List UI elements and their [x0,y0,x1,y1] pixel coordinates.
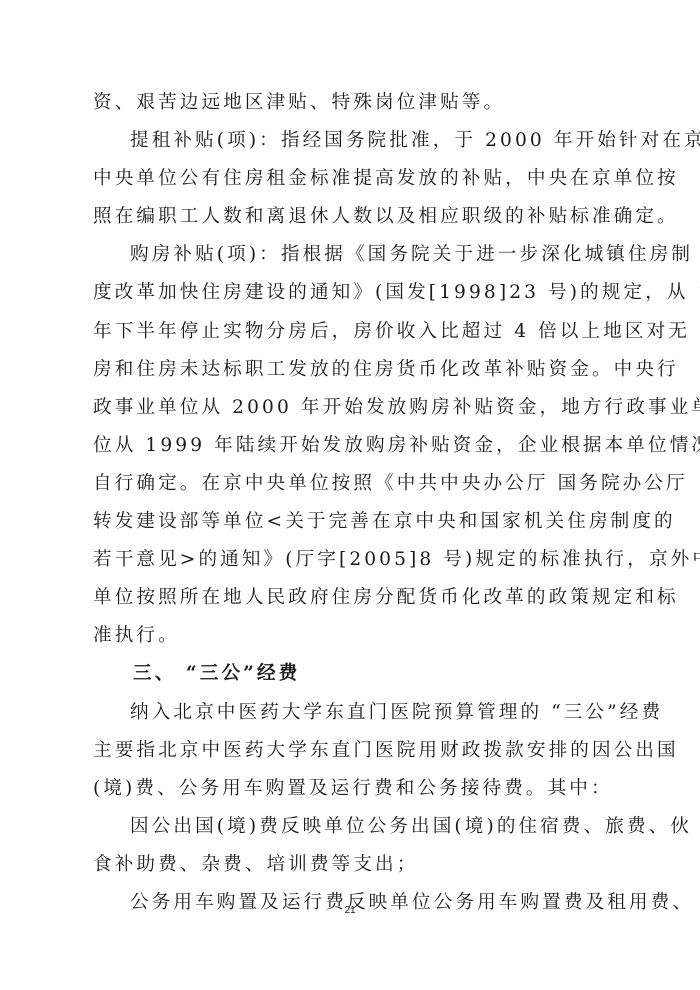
text-line: 资、艰苦边远地区津贴、特殊岗位津贴等。 [93,84,613,122]
text-line: 中央单位公有住房租金标准提高发放的补贴，中央在京单位按 [93,160,613,198]
text-line: 房和住房未达标职工发放的住房货币化改革补贴资金。中央行 [93,351,613,389]
text-line: 自行确定。在京中央单位按照《中共中央办公厅 国务院办公厅 [93,465,613,503]
body-text: 资、艰苦边远地区津贴、特殊岗位津贴等。 提租补贴(项)：指经国务院批准，于 20… [93,84,613,922]
text-line: 度改革加快住房建设的通知》(国发[1998]23 号)的规定，从 1998 [93,274,613,312]
text-line: 政事业单位从 2000 年开始发放购房补贴资金，地方行政事业单 [93,389,613,427]
page-number: 21 [0,905,700,916]
section-heading-three-public-expenses: 三、 “三公”经费 [93,655,613,693]
text-line: 转发建设部等单位<关于完善在京中央和国家机关住房制度的 [93,503,613,541]
text-line: (境)费、公务用车购置及运行费和公务接待费。其中： [93,770,613,808]
text-line: 食补助费、杂费、培训费等支出； [93,846,613,884]
text-line: 单位按照所在地人民政府住房分配货币化改革的政策规定和标 [93,579,613,617]
text-line: 准执行。 [93,617,613,655]
paragraph-start-three-public: 纳入北京中医药大学东直门医院预算管理的 “三公”经费 [93,694,613,732]
text-line: 若干意见>的通知》(厅字[2005]8 号)规定的标准执行，京外中央 [93,541,613,579]
text-line: 位从 1999 年陆续开始发放购房补贴资金，企业根据本单位情况 [93,427,613,465]
paragraph-start-vehicle-expenses: 公务用车购置及运行费反映单位公务用车购置费及租用费、 [93,884,613,922]
text-line: 照在编职工人数和离退休人数以及相应职级的补贴标准确定。 [93,198,613,236]
text-line: 主要指北京中医药大学东直门医院用财政拨款安排的因公出国 [93,732,613,770]
text-line: 年下半年停止实物分房后，房价收入比超过 4 倍以上地区对无 [93,313,613,351]
paragraph-start-housing-subsidy: 购房补贴(项)：指根据《国务院关于进一步深化城镇住房制 [93,236,613,274]
paragraph-start-overseas-travel: 因公出国(境)费反映单位公务出国(境)的住宿费、旅费、伙 [93,808,613,846]
document-page: 资、艰苦边远地区津贴、特殊岗位津贴等。 提租补贴(项)：指经国务院批准，于 20… [0,0,700,990]
paragraph-start-rent-subsidy: 提租补贴(项)：指经国务院批准，于 2000 年开始针对在京 [93,122,613,160]
